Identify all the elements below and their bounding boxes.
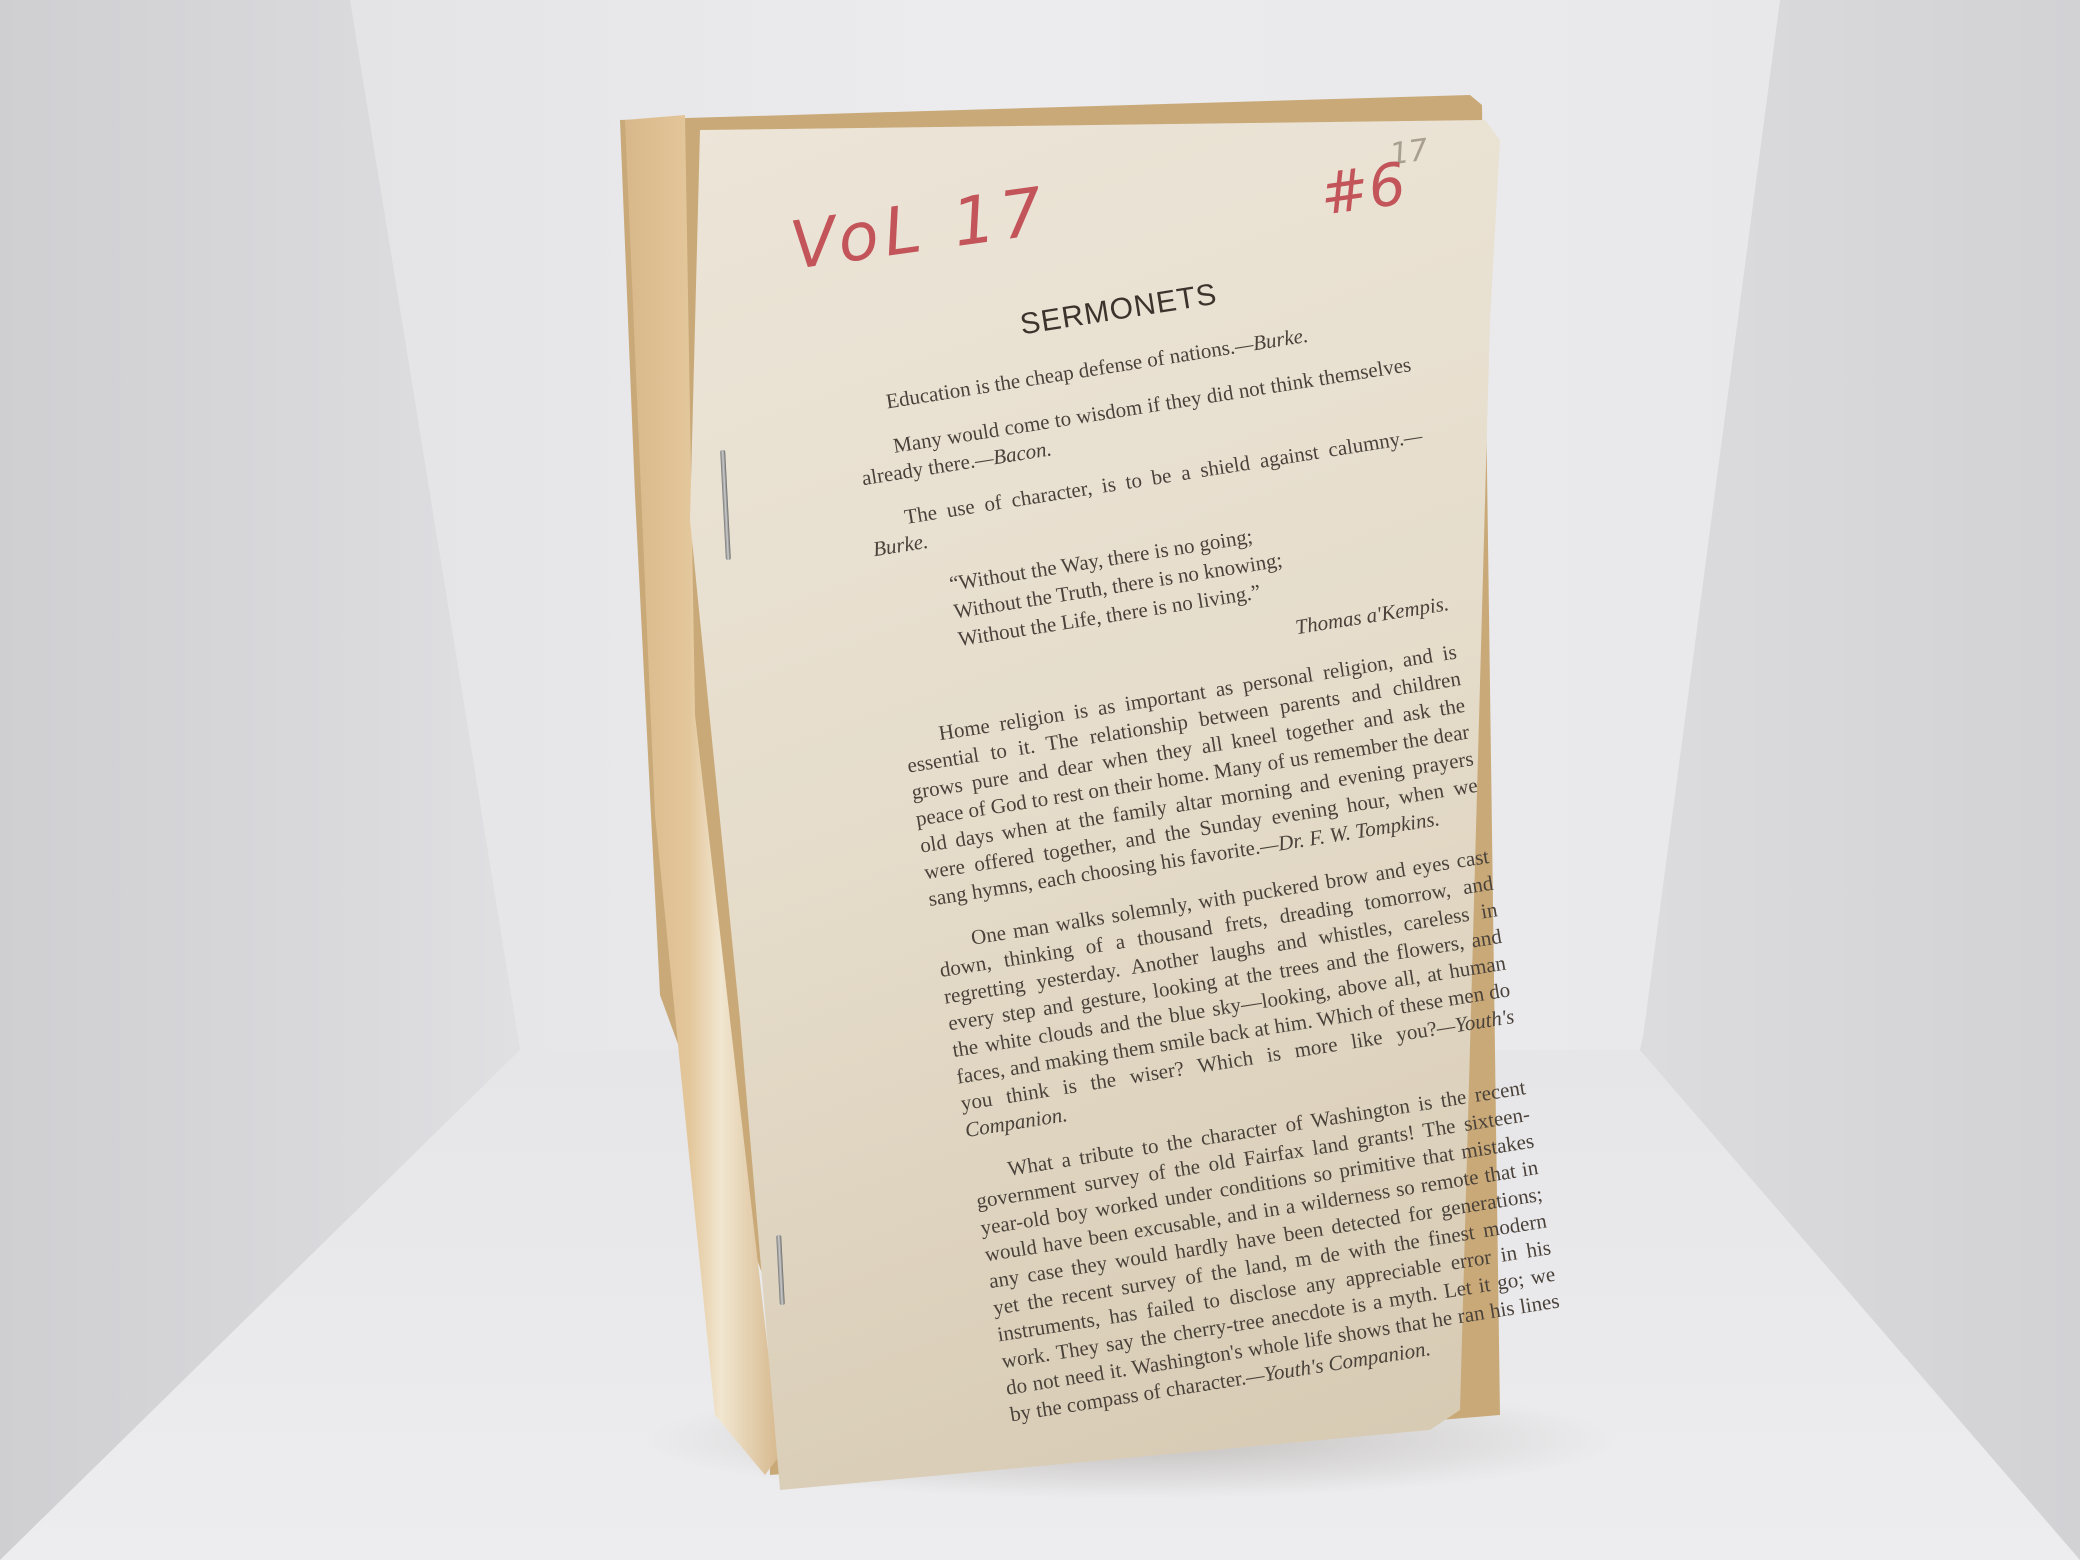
handwritten-issue-number: #6	[1316, 149, 1410, 228]
booklet: VoL 17 17 #6 SERMONETS Education is the …	[620, 95, 1520, 1495]
quote-author: —Burke.	[1233, 323, 1310, 358]
